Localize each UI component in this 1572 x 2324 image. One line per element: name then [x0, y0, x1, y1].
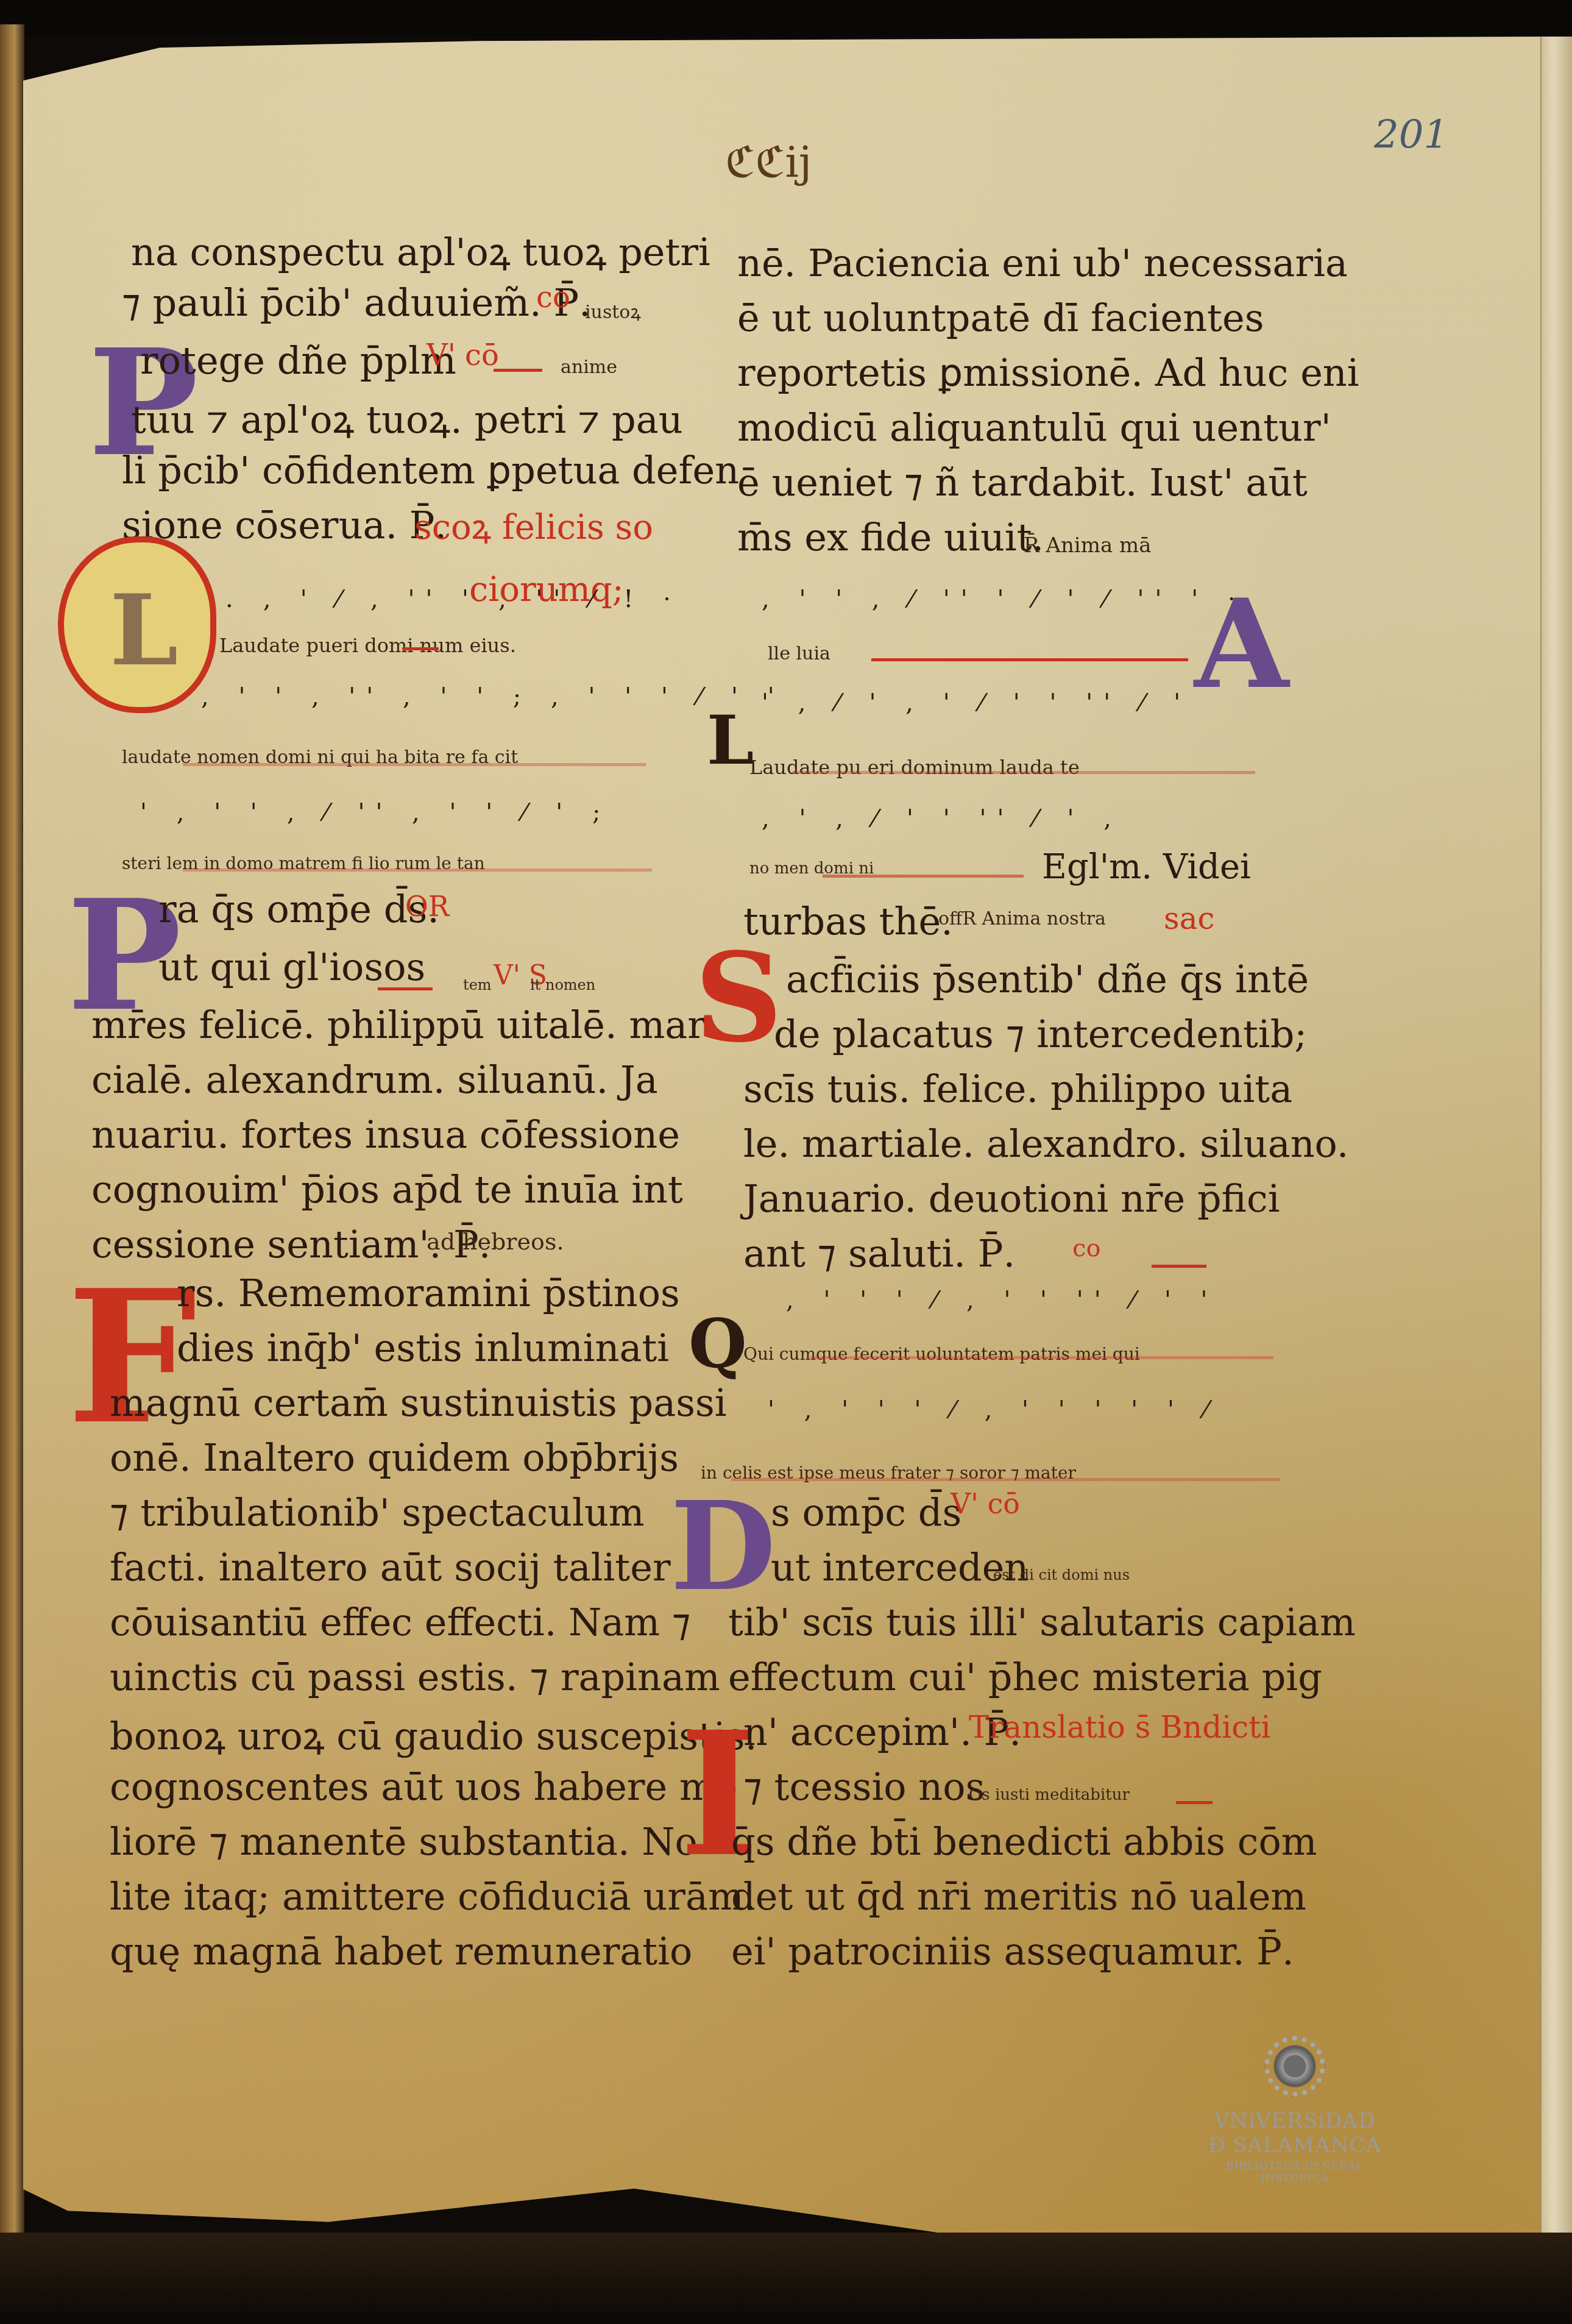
page-stack-edge	[1540, 37, 1572, 2255]
neumes: , ' , ⁄ ' ' '' ⁄ ' ,	[762, 805, 1122, 833]
rubric-line	[1152, 1265, 1206, 1268]
background-bottom	[0, 2233, 1572, 2324]
text-line: effectum cui' p̄hec misteria pig	[728, 1655, 1322, 1699]
text-line: s omp̄c d̄s	[771, 1490, 961, 1535]
text-line: nē. Paciencia eni ub' necessaria	[737, 241, 1348, 285]
text-line: quę magnā habet remuneratio	[110, 1929, 692, 1974]
text-line: liorē ⁊ manentē substantia. No	[110, 1819, 698, 1864]
rubric-line	[792, 771, 1255, 774]
text-line: ra q̄s omp̄e d̄s.	[158, 887, 439, 931]
text-line: acf̄iciis p̄sentib' dñe q̄s intē	[786, 957, 1309, 1001]
initial-Q: Q	[689, 1304, 747, 1383]
neumes: , ' ' ‚ '' , ' ' ; , ' ' ' ⁄ ' '	[201, 683, 785, 711]
rubric: V' cō	[427, 338, 499, 372]
rubric: OR	[405, 890, 449, 923]
text-line: le. martiale. alexandro. siluano.	[743, 1121, 1349, 1166]
text-line: ei' patrociniis assequamur. P̄.	[731, 1929, 1294, 1974]
rubric-line	[378, 987, 433, 990]
text-line: uinctis cū passi estis. ⁊ rapinam	[110, 1655, 720, 1699]
neumes: . ‚ ' ⁄ , '' ' ‚ '' ⁄ ! ·	[225, 585, 682, 613]
text-line: facti. inaltero aūt socij taliter	[110, 1545, 671, 1590]
text-line: Januario. deuotioni nr̄e p̄fici	[743, 1176, 1280, 1221]
text-line: cōuisantiū effec effecti. Nam ⁊	[110, 1600, 691, 1644]
chant-text: Laudate pu eri dominum lauda te	[749, 756, 1080, 779]
text-line: onē. Inaltero quidem obp̄brijs	[110, 1435, 679, 1480]
rubric-chant: iustoꝝ	[585, 299, 641, 324]
text-line: ut qui gl'iosos	[158, 945, 425, 989]
rubric-line	[183, 869, 652, 872]
text-line: magnū certam̄ sustinuistis passi	[110, 1381, 727, 1425]
rubric-chant: anime	[561, 357, 617, 378]
rubric-line	[810, 1356, 1273, 1359]
text-line: reportetis ꝑmissionē. Ad huc eni	[737, 350, 1359, 395]
rubric: offR Anima nostra	[938, 908, 1106, 929]
rubric-line	[823, 875, 1024, 878]
initial-L: L	[110, 573, 179, 688]
text-line: bonoꝝ uroꝝ cū gaudio suscepistis.	[110, 1710, 757, 1761]
text-line: rotege dñe p̄plm	[140, 338, 456, 383]
text-line: li p̄cib' cōfidentem ꝑpetua defen	[122, 448, 739, 492]
rubric: R̄ Anima mā	[1024, 533, 1152, 558]
rubric: co	[536, 280, 570, 314]
folio-number: 201	[1374, 113, 1448, 158]
text-line: ut interceden	[771, 1545, 1029, 1590]
university-seal-icon	[1264, 2036, 1325, 2097]
rubric: scoꝝ felicis so	[414, 503, 653, 549]
rubric-line	[1176, 1801, 1213, 1804]
binding-edge	[0, 24, 24, 2255]
watermark-line-2: Đ SALAMANCA	[1194, 2133, 1395, 2158]
text-line: scīs tuis. felice. philippo uita	[743, 1067, 1292, 1111]
watermark-line-3: BIBLIOTECA GENERAL HISTÓRICA	[1194, 2160, 1395, 2184]
text-line: mr̄es felicē. philippū uitalē. mar	[91, 1003, 706, 1047]
chant-text: Qui cumque fecerit uoluntatem patris mei…	[743, 1344, 1140, 1364]
text-line: tuu ⁊ apl'oꝝ tuoꝝ. petri ⁊ pau	[131, 393, 683, 444]
chant-text: Laudate pueri domi num eius.	[219, 634, 516, 657]
neumes: , ' ' , ⁄ '' ' ⁄ ' ⁄ '' ' ·	[762, 585, 1247, 613]
rubric-chant: ad hebreos.	[427, 1228, 564, 1255]
running-header: ℭℭij	[725, 137, 812, 187]
rubric-line	[183, 763, 646, 766]
chant-text: lle luia	[768, 643, 830, 664]
text-line: ⁊ tribulationib' spectaculum	[110, 1490, 645, 1535]
university-watermark: VNiVERSiDAD Đ SALAMANCA BIBLIOTECA GENER…	[1194, 2036, 1395, 2184]
text-line: modicū aliquantulū qui uentur'	[737, 405, 1331, 450]
initial-L: L	[707, 701, 754, 780]
rubric-line	[731, 1478, 1280, 1481]
text-line: dies inq̄b' estis inluminati	[177, 1326, 669, 1370]
text-line: ant ⁊ saluti. P̄.	[743, 1231, 1015, 1276]
text-line: sione cōserua. P̄.	[122, 503, 447, 547]
text-line: ē ueniet ⁊ ñ tardabit. Iust' aūt	[737, 460, 1308, 505]
neumes: , ' ' ' ⁄ , ' ' '' ⁄ ' '	[786, 1286, 1219, 1314]
text-line: nuariu. fortes insua cōfessione	[91, 1112, 680, 1157]
neumes: ' , ' ' ' ⁄ , ' ' ' ' ' ⁄	[768, 1396, 1219, 1424]
rubric: Egl'm. Videi	[1042, 847, 1251, 887]
neumes: ' , ⁄ ' , ' ⁄ ' ' '' ⁄ '	[762, 689, 1191, 717]
watermark-line-1: VNiVERSiDAD	[1194, 2109, 1395, 2133]
text-line: na conspectu apl'oꝝ tuoꝝ petri	[131, 226, 710, 277]
chant-text: Os iusti meditabitur	[969, 1786, 1130, 1804]
initial-A: A	[1194, 573, 1289, 716]
text-line: cognoscentes aūt uos habere me	[110, 1764, 737, 1809]
text-line: cialē. alexandrum. siluanū. Ja	[91, 1057, 658, 1102]
rubric-chant: tem	[463, 976, 492, 993]
text-line: rs. Rememoramini p̄stinos	[177, 1271, 680, 1315]
rubric: co	[1072, 1234, 1100, 1262]
background-top	[0, 0, 1572, 37]
text-line: lite itaq; amittere cōfiduciā urām.	[110, 1874, 756, 1919]
rubric: V' cō	[951, 1487, 1020, 1520]
text-line: cognouim' p̄ios ap̄d te inuīa int	[91, 1167, 683, 1212]
text-line: tib' scīs tuis illi' salutaris capiam	[728, 1600, 1356, 1644]
text-line: q̄s dñe bt̄i benedicti abbis cōm	[731, 1819, 1317, 1864]
text-line: ē ut uoluntpatē dī facientes	[737, 296, 1264, 340]
neumes: ' , ' ' ‚ ⁄ '' , ' ' ⁄ ' ;	[140, 798, 612, 826]
chant-text: est di cit domi nus	[993, 1566, 1130, 1583]
rubric-line	[402, 647, 439, 650]
text-line: ⁊ tcessio nos	[743, 1764, 985, 1809]
rubric: sac	[1164, 901, 1214, 936]
text-line: de placatus ⁊ intercedentib;	[774, 1012, 1307, 1056]
rubric-chant: it nomen	[530, 976, 595, 993]
rubric-line	[494, 369, 542, 372]
rubric: Translatio s̄ Bndicti	[969, 1710, 1270, 1745]
initial-D: D	[670, 1475, 776, 1618]
initial-S: S	[695, 926, 782, 1070]
text-line: m̄s ex fide uiuit.	[737, 515, 1044, 560]
text-line: det ut q̄d nr̄i meritis nō ualem	[731, 1874, 1306, 1919]
rubric-line	[871, 658, 1188, 661]
